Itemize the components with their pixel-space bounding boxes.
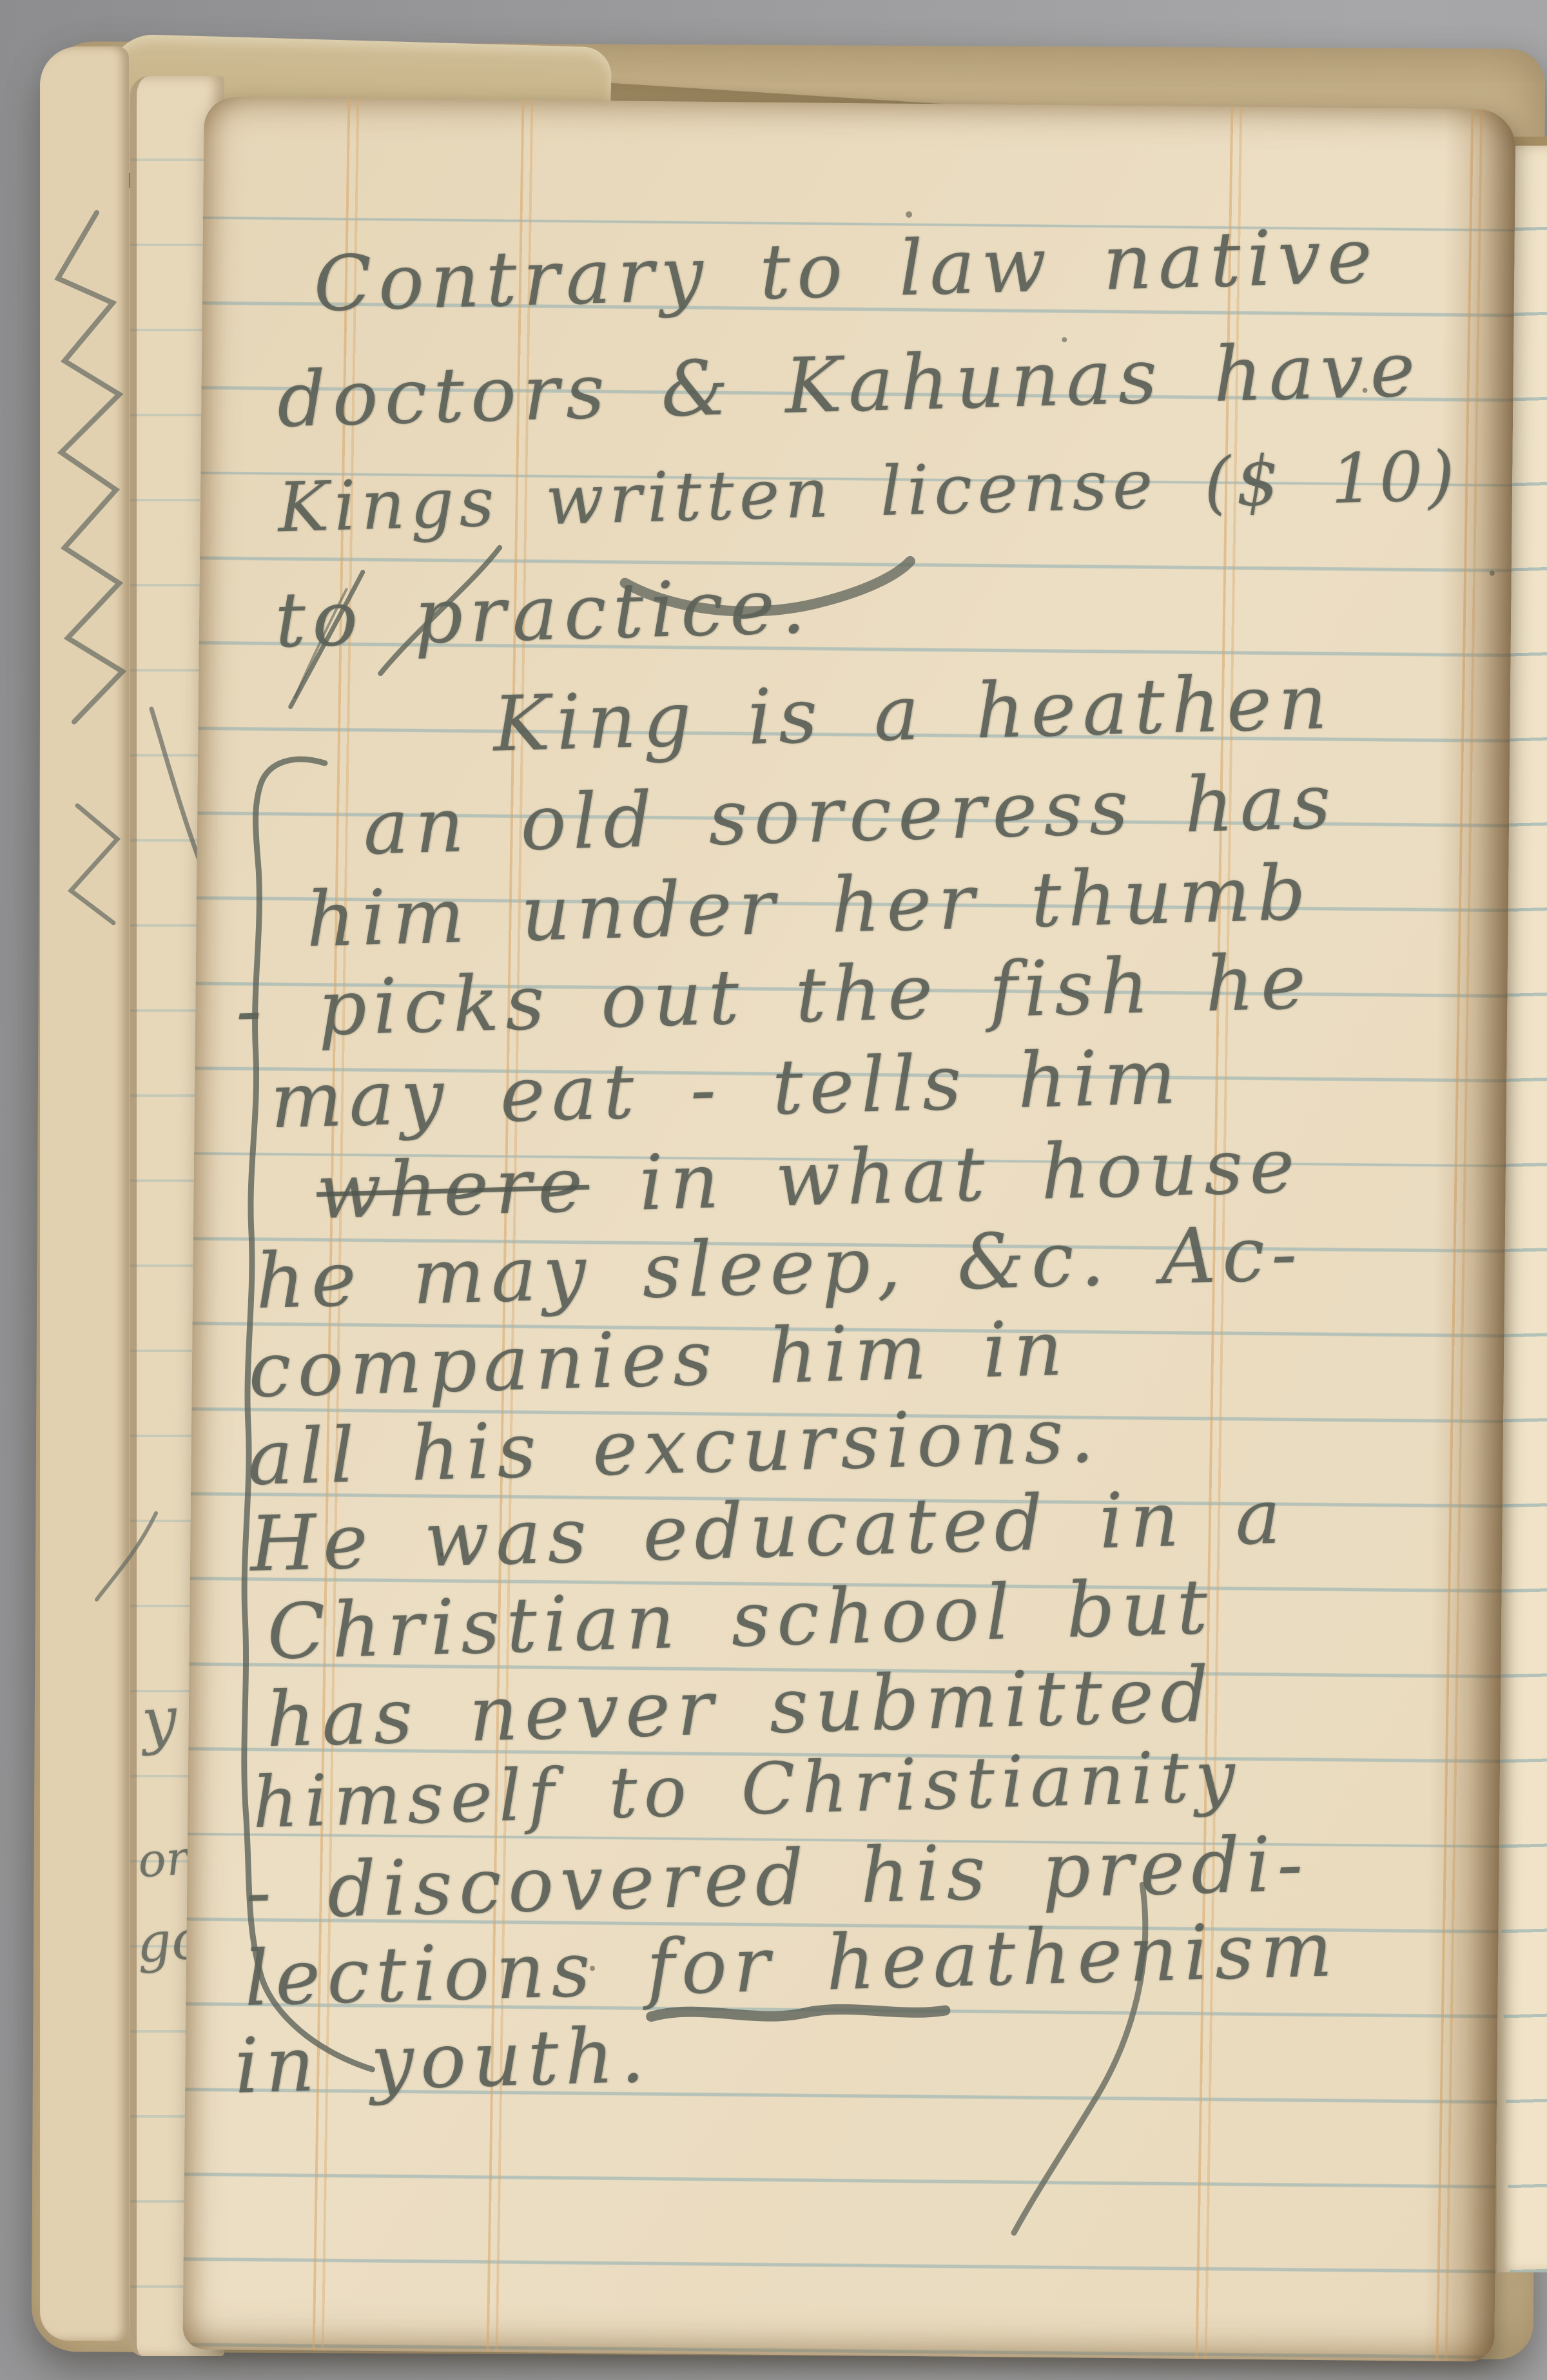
scribble-curve-stroke [97, 1513, 156, 1600]
closing-dash-stroke [651, 2008, 945, 2019]
scanned-notebook-photo: y or go Contrary to law native doctors &… [0, 0, 1547, 2380]
zigzag-scribble-stroke [71, 806, 117, 923]
pencil-marks-layer [182, 97, 1515, 2361]
flourish-underline-stroke [625, 559, 910, 613]
notebook-page: Contrary to law native doctors & Kahunas… [182, 97, 1515, 2361]
paragraph-slash-stroke [380, 547, 500, 675]
zigzag-scribble-stroke [58, 213, 122, 722]
caret-slash-thin-stroke [295, 589, 347, 698]
left-brace-stroke [240, 759, 385, 2069]
closing-curve-stroke [1014, 1884, 1145, 2234]
caret-slash-stroke [291, 572, 363, 708]
dust-specks [436, 207, 1498, 1979]
